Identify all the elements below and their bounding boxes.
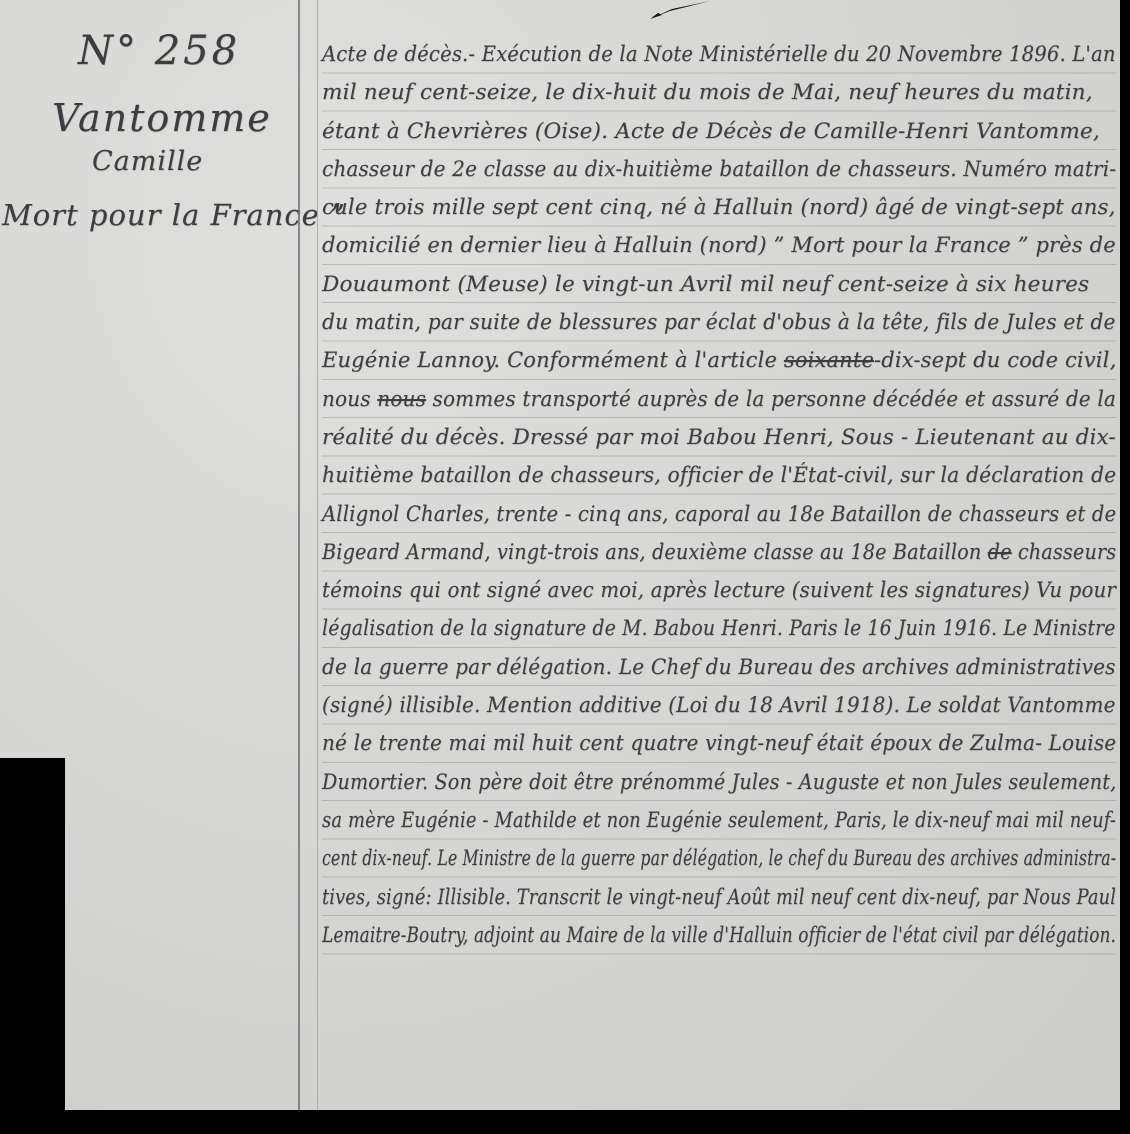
scan-mask-right [1120,0,1130,1134]
mort-pour-la-france-mention: Mort pour la France ” [2,198,346,232]
margin-rule-light [317,0,318,1134]
body-line: domicilié en dernier lieu à Halluin (nor… [322,227,1096,265]
deceased-given-name: Camille [92,146,203,177]
body-line: du matin, par suite de blessures par écl… [322,304,1067,342]
body-line: tives, signé: Illisible. Transcrit le vi… [322,879,976,917]
body-line: (signé) illisible. Mention additive (Loi… [322,687,1058,725]
body-line: Bigeard Armand, vingt-trois ans, deuxièm… [322,534,1030,572]
margin-rule-dark [298,0,300,1134]
body-line: témoins qui ont signé avec moi, après le… [322,572,1049,610]
body-line: cule trois mille sept cent cinq, né à Ha… [322,189,1104,227]
scan-mask-left [0,758,65,1134]
scan-mask-bottom [0,1110,1130,1134]
body-line: Acte de décès.- Exécution de la Note Min… [322,36,1044,74]
body-line: Douaumont (Meuse) le vingt-un Avril mil … [322,266,1116,304]
deceased-surname: Vantomme [52,96,272,140]
body-line: sa mère Eugénie - Mathilde et non Eugéni… [322,802,981,840]
scanned-register-page: N° 258 Vantomme Camille Mort pour la Fra… [0,0,1130,1134]
struck-word: soixante [784,348,874,373]
body-line: nous nous sommes transporté auprès de la… [322,381,1059,419]
body-line: Lemaitre-Boutry, adjoint au Maire de la … [322,917,944,955]
body-line: réalité du décès. Dressé par moi Babou H… [322,419,1111,457]
struck-word: de [988,540,1012,565]
body-line: légalisation de la signature de M. Babou… [322,610,1016,648]
body-line: Eugénie Lannoy. Conformément à l'article… [322,342,1095,380]
struck-word: nous [377,387,426,412]
act-number: N° 258 [78,28,240,74]
body-line: de la guerre par délégation. Le Chef du … [322,649,1062,687]
ink-flourish-mark [648,0,718,26]
body-line: étant à Chevrières (Oise). Acte de Décès… [322,113,1116,151]
act-body-text: Acte de décès.- Exécution de la Note Min… [322,36,1116,976]
body-line: mil neuf cent-seize, le dix-huit du mois… [322,74,1116,112]
body-line: né le trente mai mil huit cent quatre vi… [322,725,1060,763]
body-line: huitième bataillon de chasseurs, officie… [322,457,1069,495]
body-line: Allignol Charles, trente - cinq ans, cap… [322,496,1044,534]
body-line: chasseur de 2e classe au dix-huitième ba… [322,151,1059,189]
body-line: cent dix-neuf. Le Ministre de la guerre … [322,840,901,878]
margin-column: N° 258 Vantomme Camille Mort pour la Fra… [0,0,298,760]
body-line: Dumortier. Son père doit être prénommé J… [322,764,1027,802]
